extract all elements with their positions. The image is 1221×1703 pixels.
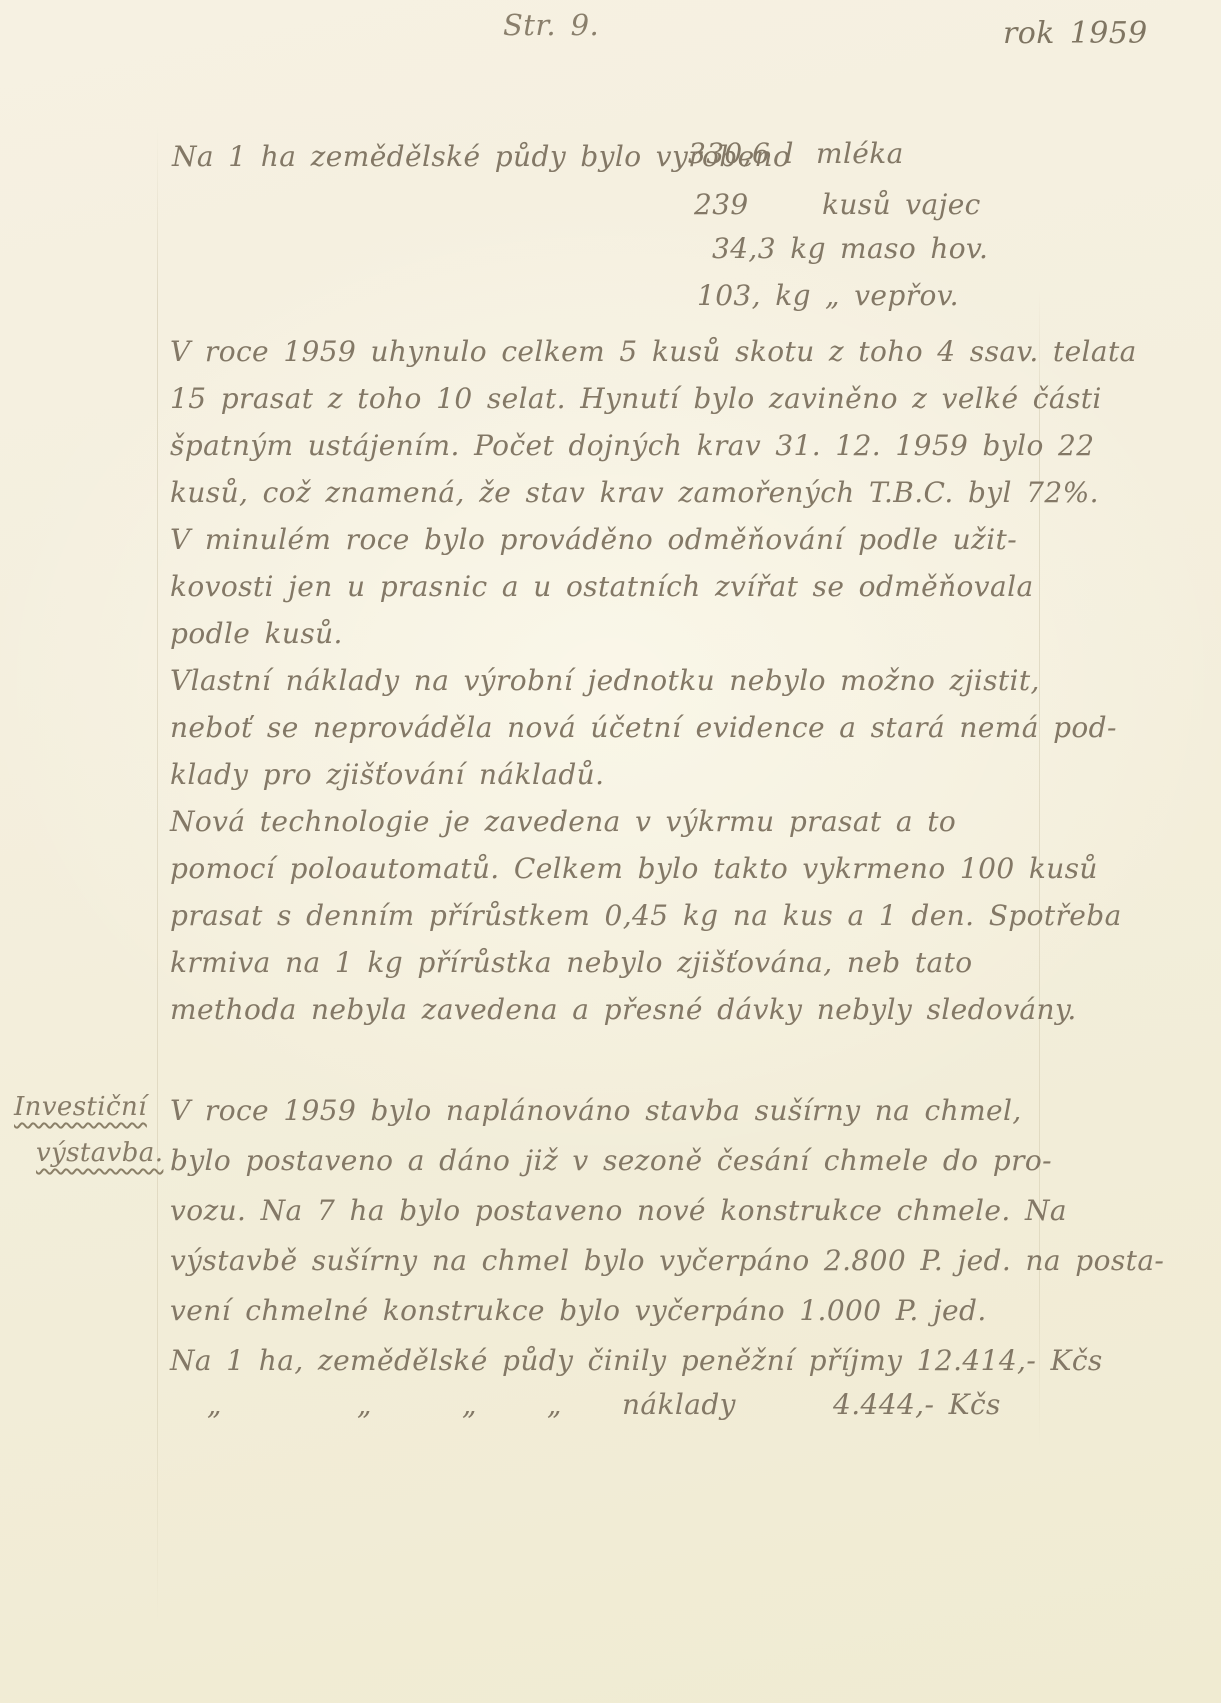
text-line: 15 prasat z toho 10 selat. Hynutí bylo z… (170, 375, 1050, 422)
investment-paragraph: V roce 1959 bylo naplánováno stavba suší… (170, 1086, 1070, 1386)
production-unit: mléka (816, 137, 904, 170)
production-item-beef: 34,3 kg maso hov. (712, 232, 988, 265)
text-line: vení chmelné konstrukce bylo vyčerpáno 1… (170, 1286, 1070, 1336)
handwritten-page: { "header": { "page_label": "Str. 9.", "… (0, 0, 1221, 1703)
text-line: kusů, což znamená, že stav krav zamořený… (170, 469, 1050, 516)
production-value: 239 (694, 188, 822, 221)
text-line: kovosti jen u prasnic a u ostatních zvíř… (170, 563, 1050, 610)
text-line: Vlastní náklady na výrobní jednotku neby… (170, 657, 1050, 704)
year-label: rok 1959 (1003, 16, 1148, 51)
livestock-paragraph: V roce 1959 uhynulo celkem 5 kusů skotu … (170, 328, 1050, 1033)
production-item-pork: 103, kg „ vepřov. (697, 279, 959, 312)
text-line: Na 1 ha, zemědělské půdy činily peněžní … (170, 1336, 1070, 1386)
text-line: výstavbě sušírny na chmel bylo vyčerpáno… (170, 1236, 1070, 1286)
production-unit: kusů vajec (822, 188, 981, 221)
production-value: 330,6 l (688, 137, 816, 170)
text-line: vozu. Na 7 ha bylo postaveno nové konstr… (170, 1186, 1070, 1236)
production-unit: maso hov. (840, 232, 988, 265)
text-line: podle kusů. (170, 610, 1050, 657)
text-line: špatným ustájením. Počet dojných krav 31… (170, 422, 1050, 469)
text-line: V minulém roce bylo prováděno odměňování… (170, 516, 1050, 563)
text-line: pomocí poloautomatů. Celkem bylo takto v… (170, 845, 1050, 892)
margin-note-investment: Investiční výstavba. (14, 1092, 163, 1168)
costs-line: „ „ „ „ náklady 4.444,- Kčs (0, 1388, 1221, 1438)
page-number-label: Str. 9. (503, 8, 599, 42)
text-line: bylo postaveno a dáno již v sezoně česán… (170, 1136, 1070, 1186)
production-value: 34,3 kg (712, 232, 840, 265)
production-unit: „ vepřov. (825, 279, 959, 312)
margin-note-line1: Investiční (14, 1092, 147, 1122)
production-item-milk: 330,6 l mléka (688, 137, 904, 170)
ditto-mark: „ (462, 1388, 477, 1421)
text-line: methoda nebyla zavedena a přesné dávky n… (170, 986, 1050, 1033)
ditto-mark: „ (357, 1388, 372, 1421)
costs-value: 4.444,- Kčs (833, 1388, 1001, 1421)
costs-label: náklady (622, 1388, 736, 1421)
production-item-eggs: 239 kusů vajec (694, 188, 981, 221)
ditto-mark: „ (547, 1388, 562, 1421)
text-line: V roce 1959 uhynulo celkem 5 kusů skotu … (170, 328, 1050, 375)
ditto-mark: „ (207, 1388, 222, 1421)
margin-note-line2: výstavba. (36, 1138, 163, 1168)
text-line: krmiva na 1 kg přírůstka nebylo zjišťová… (170, 939, 1050, 986)
text-line: Nová technologie je zavedena v výkrmu pr… (170, 798, 1050, 845)
production-value: 103, kg (697, 279, 825, 312)
text-line: neboť se neprováděla nová účetní evidenc… (170, 704, 1050, 751)
text-line: prasat s denním přírůstkem 0,45 kg na ku… (170, 892, 1050, 939)
text-line: klady pro zjišťování nákladů. (170, 751, 1050, 798)
text-line: V roce 1959 bylo naplánováno stavba suší… (170, 1086, 1070, 1136)
